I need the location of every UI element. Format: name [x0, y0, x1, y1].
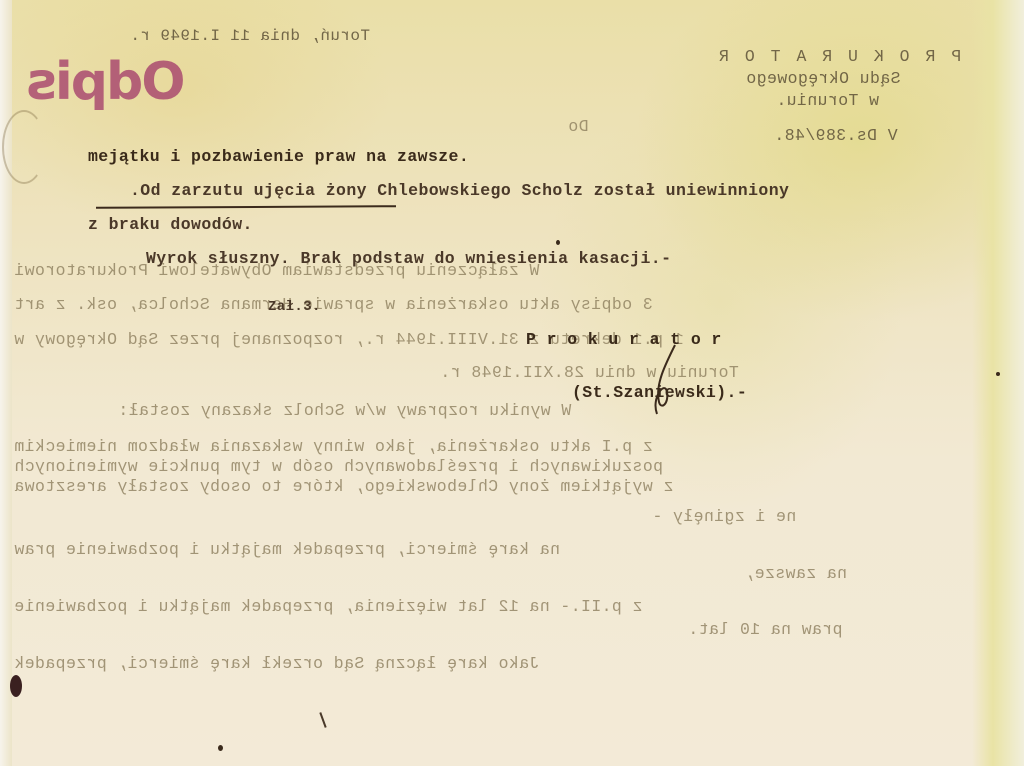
speck: [218, 745, 223, 751]
bleed-line-10: na karę śmierci, przepadek majątku i poz…: [14, 541, 560, 559]
bleed-line-8: z wyjątkiem żony Chlebowskiego, które to…: [14, 478, 673, 496]
text-line-1: mejątku i pozbawienie praw na zawsze.: [88, 148, 469, 166]
case-number: V Ds.389/48.: [774, 127, 898, 145]
bleed-line-13: praw na 10 lat.: [688, 621, 843, 639]
bleed-line-4: Toruniu w dniu 28.XII.1948 r.: [440, 364, 739, 382]
signature-title: P r o k u r a t o r: [526, 331, 722, 349]
bleed-line-6: z p.I aktu oskarżenia, jako winny wskaza…: [14, 438, 653, 456]
bleed-line-14: Jako karę łączną Sąd orzekł karę śmierci…: [14, 655, 539, 673]
bleed-line-7: poszukiwanych i prześladowanych osób w t…: [14, 458, 663, 476]
bleed-line-5: W wyniku rozprawy w/w Scholz skazany zos…: [118, 402, 571, 420]
bleed-line-12: z p.II.- na 12 lat więzienia, przepadek …: [14, 598, 642, 616]
signatory-name: (St.Szaniewski).-: [572, 384, 747, 402]
date-line: Toruń, dnia 11 I.1949 r.: [130, 27, 370, 45]
prosecutor-heading: P R O K U R A T O R: [716, 48, 961, 66]
bleed-line-1: W załączeniu przedstawiam Obywatelowi Pr…: [14, 262, 539, 280]
copy-stamp: Odpis: [28, 52, 185, 112]
handwritten-signature: [645, 340, 685, 420]
attachment-annotation: Zał.3.: [268, 298, 321, 316]
addressee: Do: [568, 118, 589, 136]
ink-blot: [10, 675, 22, 697]
text-line-2: .Od zarzutu ujęcia żony Chlebowskiego Sc…: [130, 182, 789, 200]
page-edge-left: [0, 0, 12, 766]
speck: [556, 240, 560, 245]
bleed-line-2: 3 odpisy aktu oskarżenia w sprawie Herma…: [14, 296, 653, 314]
court-name: Sądu Okręgowego: [746, 70, 901, 88]
document-page: [0, 0, 1024, 766]
bleed-line-9: ne i zginęły -: [652, 508, 796, 526]
text-line-3: z braku dowodów.: [88, 216, 253, 234]
page-edge-right: [972, 0, 1024, 766]
bleed-line-11: na zawsze,: [744, 565, 847, 583]
court-city: w Toruniu.: [776, 92, 879, 110]
faint-mark: [2, 110, 46, 184]
speck: [996, 372, 1000, 376]
